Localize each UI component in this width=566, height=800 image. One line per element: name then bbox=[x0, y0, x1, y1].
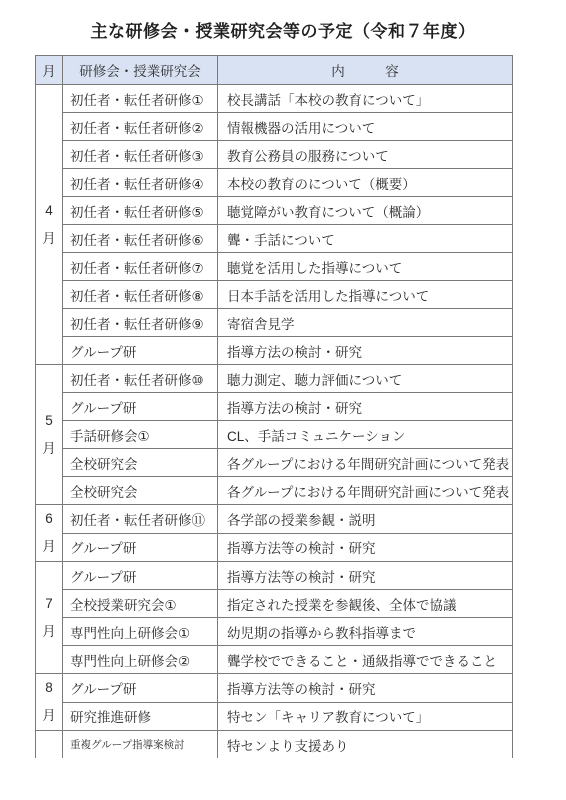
session-cell: グループ研 bbox=[63, 337, 218, 365]
session-cell: 重複グループ指導案検討 bbox=[63, 731, 218, 759]
session-cell: 手話研修会① bbox=[63, 421, 218, 449]
col-header-month: 月 bbox=[36, 56, 63, 85]
table-row: 初任者・転任者研修⑨寄宿舎見学 bbox=[36, 309, 513, 337]
table-row: 初任者・転任者研修⑤聴覚障がい教育について（概論） bbox=[36, 197, 513, 225]
month-label-line: 6 bbox=[36, 505, 62, 533]
table-row: 初任者・転任者研修②情報機器の活用について bbox=[36, 113, 513, 141]
session-cell: 初任者・転任者研修② bbox=[63, 113, 218, 141]
month-label-line: 月 bbox=[36, 435, 62, 463]
month-cell: 6月 bbox=[36, 505, 63, 562]
month-label-line: 月 bbox=[36, 618, 62, 646]
session-cell: 全校研究会 bbox=[63, 477, 218, 505]
table-row: 研究推進研修特セン「キャリア教育について」 bbox=[36, 702, 513, 731]
table-row: 初任者・転任者研修⑧日本手話を活用した指導について bbox=[36, 281, 513, 309]
session-cell: 全校研究会 bbox=[63, 449, 218, 477]
table-row: 5月初任者・転任者研修⑩聴力測定、聴力評価について bbox=[36, 365, 513, 393]
session-cell: 初任者・転任者研修① bbox=[63, 85, 218, 113]
session-cell: 専門性向上研修会① bbox=[63, 618, 218, 646]
content-cell: 指導方法の検討・研究 bbox=[218, 337, 513, 365]
month-label-line: 月 bbox=[36, 225, 62, 253]
table-row: 手話研修会①CL、手話コミュニケーション bbox=[36, 421, 513, 449]
table-row: 専門性向上研修会①幼児期の指導から教科指導まで bbox=[36, 618, 513, 646]
month-label-line: 4 bbox=[36, 197, 62, 225]
month-label-line: 5 bbox=[36, 407, 62, 435]
session-cell: 初任者・転任者研修⑥ bbox=[63, 225, 218, 253]
content-cell: 情報機器の活用について bbox=[218, 113, 513, 141]
content-cell: 特セン「キャリア教育について」 bbox=[218, 702, 513, 731]
table-row: 7月グループ研指導方法等の検討・研究 bbox=[36, 562, 513, 590]
header-row: 月 研修会・授業研究会 内 容 bbox=[36, 56, 513, 85]
table-row: 全校研究会各グループにおける年間研究計画について発表 bbox=[36, 477, 513, 505]
month-label-line: 月 bbox=[36, 702, 62, 730]
content-cell: 指導方法の検討・研究 bbox=[218, 393, 513, 421]
session-cell: 初任者・転任者研修⑨ bbox=[63, 309, 218, 337]
session-cell: 研究推進研修 bbox=[63, 702, 218, 731]
table-row: 重複グループ指導案検討特センより支援あり bbox=[36, 731, 513, 759]
table-row: 4月初任者・転任者研修①校長講話「本校の教育について」 bbox=[36, 85, 513, 113]
page-title: 主な研修会・授業研究会等の予定（令和７年度） bbox=[0, 0, 566, 55]
month-cell: 7月 bbox=[36, 562, 63, 674]
table-row: 8月グループ研指導方法等の検討・研究 bbox=[36, 674, 513, 703]
session-cell: 初任者・転任者研修⑧ bbox=[63, 281, 218, 309]
col-header-session: 研修会・授業研究会 bbox=[63, 56, 218, 85]
month-cell: 5月 bbox=[36, 365, 63, 505]
session-cell: 初任者・転任者研修⑤ bbox=[63, 197, 218, 225]
content-cell: 聾学校でできること・通級指導でできること bbox=[218, 646, 513, 674]
table-row: 6月初任者・転任者研修⑪各学部の授業参観・説明 bbox=[36, 505, 513, 534]
content-cell: 聴力測定、聴力評価について bbox=[218, 365, 513, 393]
month-label-line: 8 bbox=[36, 674, 62, 702]
content-cell: 校長講話「本校の教育について」 bbox=[218, 85, 513, 113]
content-cell: 聴覚を活用した指導について bbox=[218, 253, 513, 281]
table-row: グループ研指導方法の検討・研究 bbox=[36, 337, 513, 365]
col-header-content: 内 容 bbox=[218, 56, 513, 85]
session-cell: 初任者・転任者研修⑪ bbox=[63, 505, 218, 534]
session-cell: 初任者・転任者研修⑦ bbox=[63, 253, 218, 281]
content-cell: 日本手話を活用した指導について bbox=[218, 281, 513, 309]
content-cell: 指導方法等の検討・研究 bbox=[218, 674, 513, 703]
session-cell: 初任者・転任者研修⑩ bbox=[63, 365, 218, 393]
content-cell: 幼児期の指導から教科指導まで bbox=[218, 618, 513, 646]
content-cell: 指定された授業を参観後、全体で協議 bbox=[218, 590, 513, 618]
session-cell: グループ研 bbox=[63, 562, 218, 590]
month-cell: 8月 bbox=[36, 674, 63, 731]
table-row: 全校研究会各グループにおける年間研究計画について発表 bbox=[36, 449, 513, 477]
table-row: 初任者・転任者研修⑦聴覚を活用した指導について bbox=[36, 253, 513, 281]
content-cell: 指導方法等の検討・研究 bbox=[218, 562, 513, 590]
table-row: グループ研指導方法等の検討・研究 bbox=[36, 533, 513, 562]
month-cell: 4月 bbox=[36, 85, 63, 365]
content-cell: 聴覚障がい教育について（概論） bbox=[218, 197, 513, 225]
content-cell: 教育公務員の服務について bbox=[218, 141, 513, 169]
content-cell: 聾・手話について bbox=[218, 225, 513, 253]
content-cell: 各グループにおける年間研究計画について発表 bbox=[218, 449, 513, 477]
table-row: 初任者・転任者研修⑥聾・手話について bbox=[36, 225, 513, 253]
session-cell: グループ研 bbox=[63, 533, 218, 562]
session-cell: 初任者・転任者研修④ bbox=[63, 169, 218, 197]
session-cell: 初任者・転任者研修③ bbox=[63, 141, 218, 169]
schedule-table: 月 研修会・授業研究会 内 容 4月初任者・転任者研修①校長講話「本校の教育につ… bbox=[35, 55, 513, 758]
month-cell bbox=[36, 731, 63, 759]
document-page: 主な研修会・授業研究会等の予定（令和７年度） 月 研修会・授業研究会 内 容 4… bbox=[0, 0, 566, 800]
table-row: 初任者・転任者研修③教育公務員の服務について bbox=[36, 141, 513, 169]
session-cell: グループ研 bbox=[63, 674, 218, 703]
month-label-line: 7 bbox=[36, 590, 62, 618]
session-cell: 全校授業研究会① bbox=[63, 590, 218, 618]
session-cell: グループ研 bbox=[63, 393, 218, 421]
content-cell: 寄宿舎見学 bbox=[218, 309, 513, 337]
content-cell: 各学部の授業参観・説明 bbox=[218, 505, 513, 534]
table-row: 全校授業研究会①指定された授業を参観後、全体で協議 bbox=[36, 590, 513, 618]
table-body: 4月初任者・転任者研修①校長講話「本校の教育について」初任者・転任者研修②情報機… bbox=[36, 85, 513, 759]
table-row: 初任者・転任者研修④本校の教育のについて（概要） bbox=[36, 169, 513, 197]
content-cell: CL、手話コミュニケーション bbox=[218, 421, 513, 449]
table-row: グループ研指導方法の検討・研究 bbox=[36, 393, 513, 421]
content-cell: 指導方法等の検討・研究 bbox=[218, 533, 513, 562]
table-header: 月 研修会・授業研究会 内 容 bbox=[36, 56, 513, 85]
content-cell: 各グループにおける年間研究計画について発表 bbox=[218, 477, 513, 505]
content-cell: 特センより支援あり bbox=[218, 731, 513, 759]
content-cell: 本校の教育のについて（概要） bbox=[218, 169, 513, 197]
month-label-line: 月 bbox=[36, 533, 62, 561]
table-row: 専門性向上研修会②聾学校でできること・通級指導でできること bbox=[36, 646, 513, 674]
session-cell: 専門性向上研修会② bbox=[63, 646, 218, 674]
